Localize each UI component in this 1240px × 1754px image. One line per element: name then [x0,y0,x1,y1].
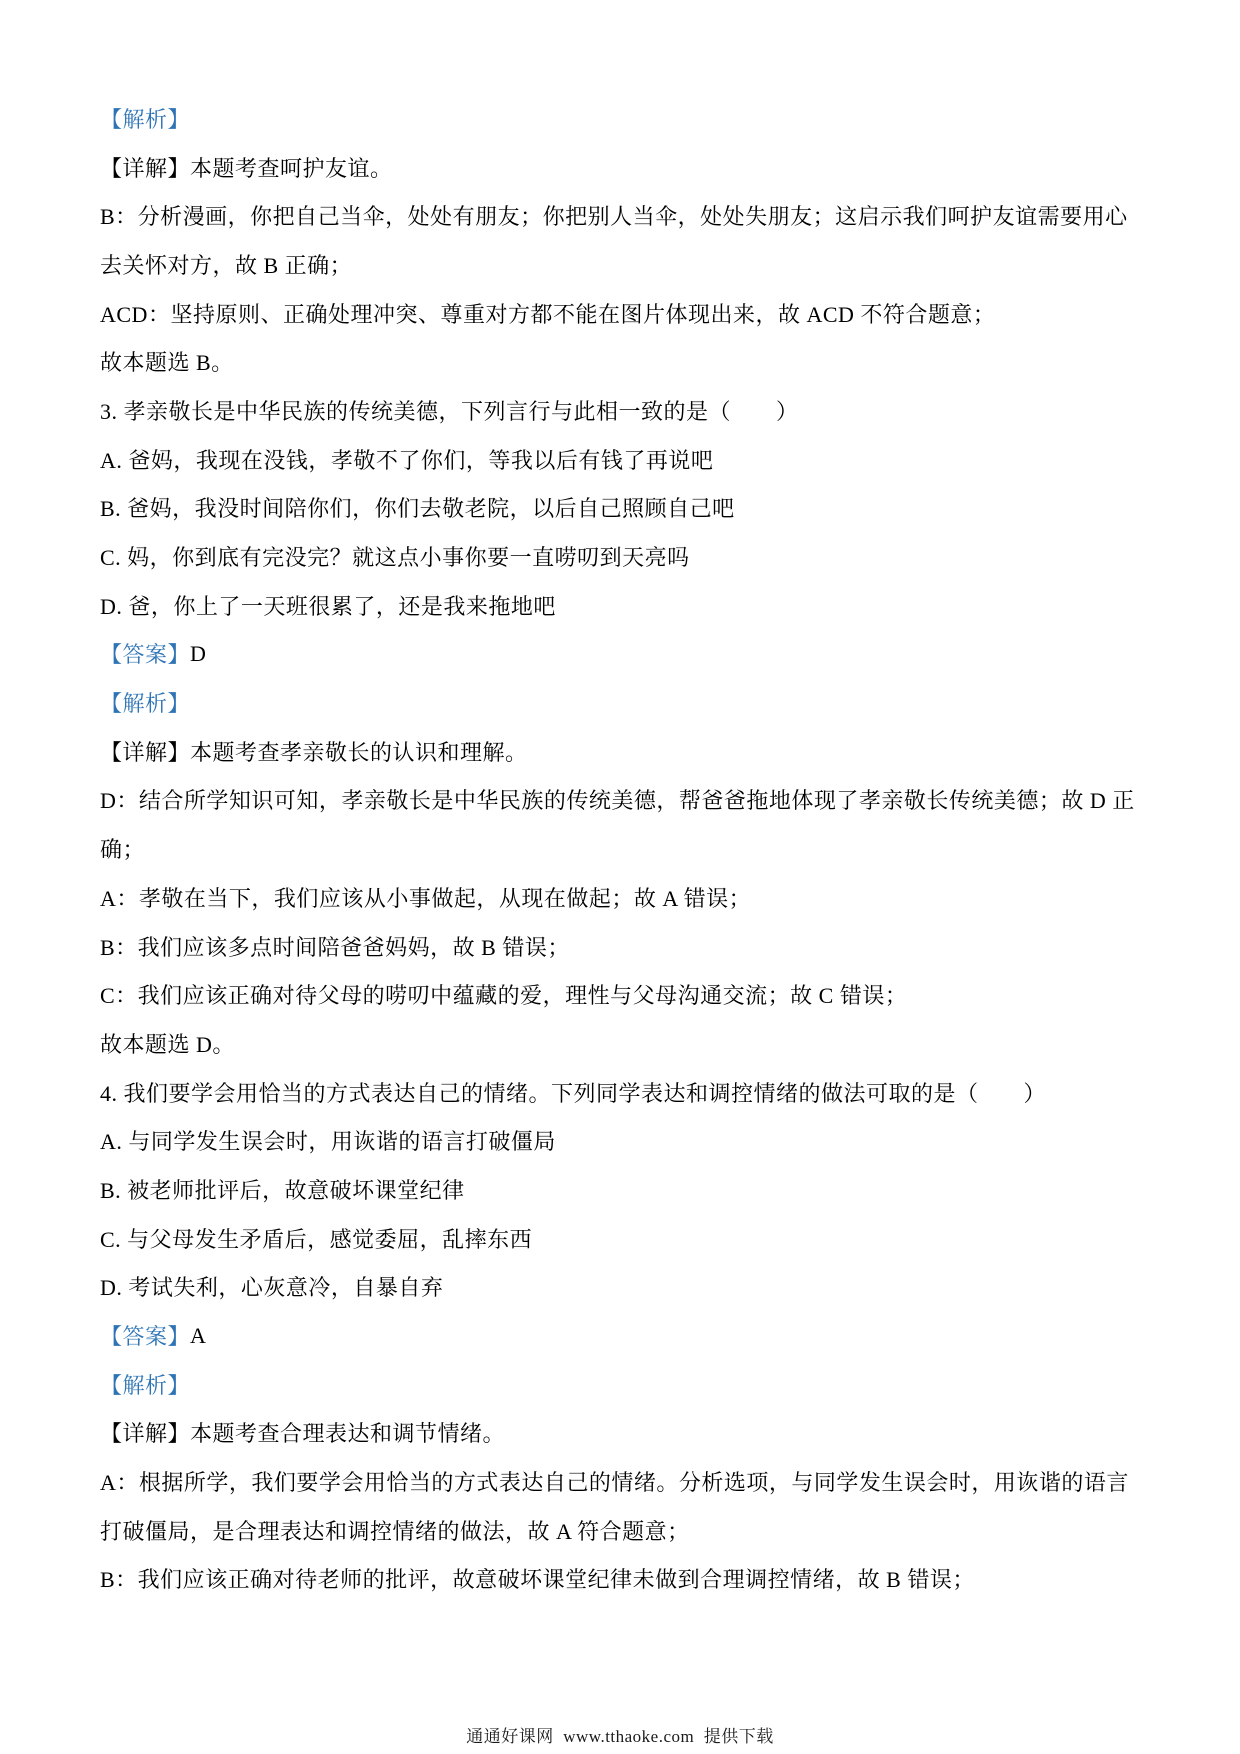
document-body: 【解析】【详解】本题考查呵护友谊。B：分析漫画，你把自己当伞，处处有朋友；你把别… [100,94,1145,1603]
footer-separator-2 [694,1727,704,1746]
text-line: ACD：坚持原则、正确处理冲突、尊重对方都不能在图片体现出来，故 ACD 不符合… [100,289,1145,338]
text-line: A：孝敬在当下，我们应该从小事做起，从现在做起；故 A 错误； [100,873,1145,922]
line-text: C：我们应该正确对待父母的唠叨中蕴藏的爱，理性与父母沟通交流；故 C 错误； [100,979,907,1010]
text-line: 故本题选 B。 [100,337,1145,386]
text-line: A. 与同学发生误会时，用诙谐的语言打破僵局 [100,1116,1145,1165]
text-line: A. 爸妈，我现在没钱，孝敬不了你们，等我以后有钱了再说吧 [100,435,1145,484]
line-text: B：我们应该正确对待老师的批评，故意破坏课堂纪律未做到合理调控情绪，故 B 错误… [100,1563,975,1594]
line-text: D. 爸，你上了一天班很累了，还是我来拖地吧 [100,590,556,621]
text-line: 3. 孝亲敬长是中华民族的传统美德，下列言行与此相一致的是（ ） [100,386,1145,435]
text-line: 故本题选 D。 [100,1019,1145,1068]
text-line: 4. 我们要学会用恰当的方式表达自己的情绪。下列同学表达和调控情绪的做法可取的是… [100,1068,1145,1117]
text-line: B：分析漫画，你把自己当伞，处处有朋友；你把别人当伞，处处失朋友；这启示我们呵护… [100,191,1145,240]
text-line: C. 与父母发生矛盾后，感觉委屈，乱摔东西 [100,1214,1145,1263]
line-text: D [190,641,206,667]
line-text: 打破僵局，是合理表达和调控情绪的做法，故 A 符合题意； [100,1515,690,1546]
line-text: 3. 孝亲敬长是中华民族的传统美德，下列言行与此相一致的是（ ） [100,395,799,426]
line-text: A：根据所学，我们要学会用恰当的方式表达自己的情绪。分析选项，与同学发生误会时，… [100,1466,1129,1497]
line-text: 故本题选 D。 [100,1028,235,1059]
line-text: B：分析漫画，你把自己当伞，处处有朋友；你把别人当伞，处处失朋友；这启示我们呵护… [100,200,1128,231]
line-text: 4. 我们要学会用恰当的方式表达自己的情绪。下列同学表达和调控情绪的做法可取的是… [100,1077,1046,1108]
answer-line: 【答案】D [100,630,1145,679]
line-text: 【详解】本题考查呵护友谊。 [100,152,393,183]
text-line: C：我们应该正确对待父母的唠叨中蕴藏的爱，理性与父母沟通交流；故 C 错误； [100,970,1145,1019]
document-page: 【解析】【详解】本题考查呵护友谊。B：分析漫画，你把自己当伞，处处有朋友；你把别… [0,0,1240,1754]
line-text: ACD：坚持原则、正确处理冲突、尊重对方都不能在图片体现出来，故 ACD 不符合… [100,298,995,329]
text-line: A：根据所学，我们要学会用恰当的方式表达自己的情绪。分析选项，与同学发生误会时，… [100,1457,1145,1506]
line-text: C. 与父母发生矛盾后，感觉委屈，乱摔东西 [100,1223,532,1254]
text-line: D. 考试失利，心灰意冷，自暴自弃 [100,1263,1145,1312]
text-line: 去关怀对方，故 B 正确； [100,240,1145,289]
text-line: 确； [100,824,1145,873]
text-line: B：我们应该多点时间陪爸爸妈妈，故 B 错误； [100,922,1145,971]
line-text: A. 与同学发生误会时，用诙谐的语言打破僵局 [100,1125,556,1156]
line-text: B. 被老师批评后，故意破坏课堂纪律 [100,1174,465,1205]
line-text: 【详解】本题考查孝亲敬长的认识和理解。 [100,736,528,767]
text-line: C. 妈，你到底有完没完？就这点小事你要一直唠叨到天亮吗 [100,532,1145,581]
text-line: B：我们应该正确对待老师的批评，故意破坏课堂纪律未做到合理调控情绪，故 B 错误… [100,1555,1145,1604]
text-line: B. 爸妈，我没时间陪你们，你们去敬老院，以后自己照顾自己吧 [100,484,1145,533]
line-text: A：孝敬在当下，我们应该从小事做起，从现在做起；故 A 错误； [100,882,751,913]
line-text: B：我们应该多点时间陪爸爸妈妈，故 B 错误； [100,931,570,962]
analysis-bracket-label: 【解析】 [100,1369,190,1400]
text-line: 【详解】本题考查呵护友谊。 [100,143,1145,192]
footer-url: www.tthaoke.com [563,1727,694,1746]
page-footer: 通通好课网 www.tthaoke.com 提供下载 [0,1722,1240,1747]
answer-bracket-label: 【答案】 [100,1320,190,1351]
line-text: C. 妈，你到底有完没完？就这点小事你要一直唠叨到天亮吗 [100,541,690,572]
line-text: B. 爸妈，我没时间陪你们，你们去敬老院，以后自己照顾自己吧 [100,492,735,523]
line-text: D：结合所学知识可知，孝亲敬长是中华民族的传统美德，帮爸爸拖地体现了孝亲敬长传统… [100,784,1135,815]
answer-bracket-label: 【答案】 [100,638,190,669]
line-text: A. 爸妈，我现在没钱，孝敬不了你们，等我以后有钱了再说吧 [100,444,713,475]
text-line: 打破僵局，是合理表达和调控情绪的做法，故 A 符合题意； [100,1506,1145,1555]
analysis-bracket-label: 【解析】 [100,103,190,134]
text-line: D：结合所学知识可知，孝亲敬长是中华民族的传统美德，帮爸爸拖地体现了孝亲敬长传统… [100,776,1145,825]
analysis-bracket-label: 【解析】 [100,687,190,718]
footer-download-text: 提供下载 [704,1727,774,1746]
line-text: 确； [100,833,145,864]
analysis-line: 【解析】 [100,94,1145,143]
line-text: A [190,1323,206,1349]
text-line: D. 爸，你上了一天班很累了，还是我来拖地吧 [100,581,1145,630]
line-text: 【详解】本题考查合理表达和调节情绪。 [100,1417,505,1448]
footer-site-name: 通通好课网 [466,1727,554,1746]
footer-separator-1 [554,1727,564,1746]
line-text: 去关怀对方，故 B 正确； [100,249,352,280]
line-text: D. 考试失利，心灰意冷，自暴自弃 [100,1271,443,1302]
text-line: 【详解】本题考查孝亲敬长的认识和理解。 [100,727,1145,776]
text-line: 【详解】本题考查合理表达和调节情绪。 [100,1409,1145,1458]
line-text: 故本题选 B。 [100,346,234,377]
analysis-line: 【解析】 [100,678,1145,727]
answer-line: 【答案】A [100,1311,1145,1360]
text-line: B. 被老师批评后，故意破坏课堂纪律 [100,1165,1145,1214]
analysis-line: 【解析】 [100,1360,1145,1409]
